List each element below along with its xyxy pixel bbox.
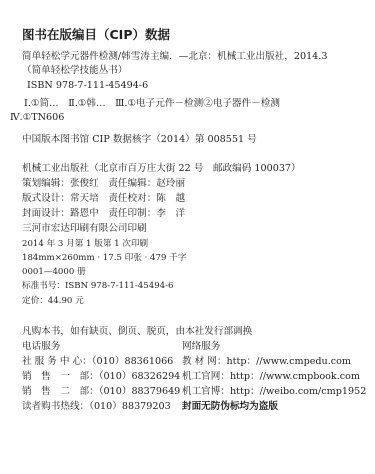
phone-sales-2: 销 售 二 部：（010）88379649 xyxy=(22,386,180,398)
replacement-notice: 凡购本书，如有缺页、倒页、脱页，由本社发行部调换 xyxy=(22,326,252,338)
phone-sales-1: 销 售 一 部：（010）68326294 xyxy=(22,371,180,383)
publisher-address: 机械工业出版社（北京市百万庄大街 22 号 邮政编码 100037） xyxy=(22,163,301,175)
cip-title: 图书在版编目（CIP）数据 xyxy=(22,27,170,43)
web-weibo: 机工官博：http：//weibo.com/cmp1952 xyxy=(182,386,366,398)
phone-service-center: 社 服 务 中 心：（010）88361066 xyxy=(22,356,173,368)
editors: 策划编辑：张俊红 责任编辑：赵玲丽 xyxy=(22,178,185,190)
web-cmpbook: 机工官网：http：//www.cmpbook.com xyxy=(182,371,360,383)
cip-series: （简单轻松学技能丛书） xyxy=(22,65,128,77)
format: 184mm×260mm · 17.5 印张 · 479 千字 xyxy=(22,252,186,264)
cip-classification-1: Ⅰ.①简… Ⅱ.①韩… Ⅲ.①电子元件－检测②电子器件－检测 xyxy=(24,98,280,110)
edition: 2014 年 3 月第 1 版第 1 次印刷 xyxy=(22,238,148,250)
cip-line-1: 简单轻松学元器件检测/韩雪涛主编．—北京：机械工业出版社，2014.3 xyxy=(22,51,327,63)
cip-number: 中国版本图书馆 CIP 数据核字（2014）第 008551 号 xyxy=(22,134,257,146)
price: 定价：44.90 元 xyxy=(22,295,84,307)
cip-classification-2: Ⅳ.①TN606 xyxy=(10,112,64,124)
standard-number: 标准书号：ISBN 978-7-111-45494-6 xyxy=(22,280,174,292)
web-cmpedu: 教 材 网：http：//www.cmpedu.com xyxy=(182,356,351,368)
anti-piracy-notice: 封面无防伪标均为盗版 xyxy=(182,401,278,413)
printer: 三河市宏达印刷有限公司印刷 xyxy=(22,223,147,235)
cip-isbn: ISBN 978-7-111-45494-6 xyxy=(27,80,148,92)
design-credits: 版式设计：常天培 责任校对：陈 越 xyxy=(22,193,185,205)
phone-service-heading: 电话服务 xyxy=(22,341,60,353)
phone-reader-hotline: 读者购书热线：（010）88379203 xyxy=(22,401,171,413)
cover-credits: 封面设计：路恩中 责任印制：李 洋 xyxy=(22,208,185,220)
web-service-heading: 网络服务 xyxy=(182,341,220,353)
copies: 0001—4000 册 xyxy=(22,266,86,278)
